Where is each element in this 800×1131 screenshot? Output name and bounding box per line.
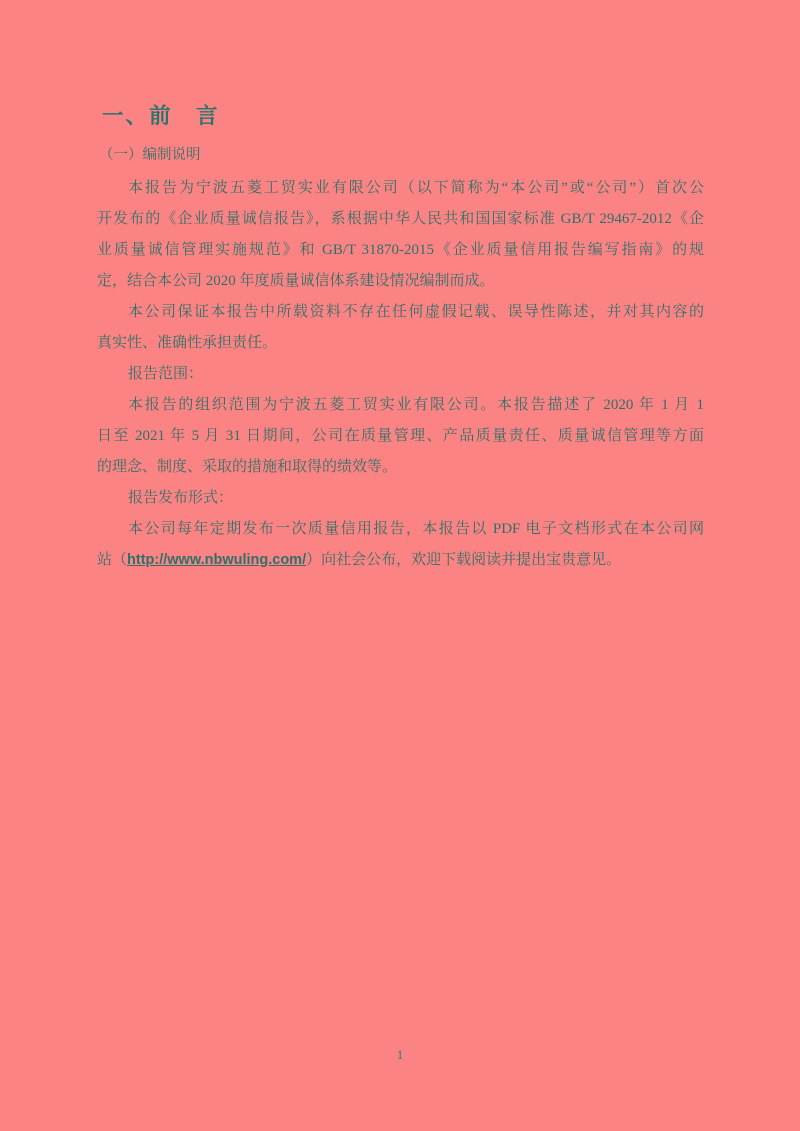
- body-line-text: 站（: [97, 552, 127, 568]
- body-line: 本公司每年定期发布一次质量信用报告，本报告以 PDF 电子文档形式在本公司网: [97, 514, 704, 545]
- body-line: 的理念、制度、采取的措施和取得的绩效等。: [97, 452, 704, 483]
- website-link[interactable]: http://www.nbwuling.com/: [127, 552, 306, 568]
- body-line: 真实性、准确性承担责任。: [97, 328, 704, 359]
- subsection-heading: （一）编制说明: [99, 143, 201, 164]
- body-line: 开发布的《企业质量诚信报告》，系根据中华人民共和国国家标准 GB/T 29467…: [97, 204, 704, 235]
- body-line: 本报告的组织范围为宁波五菱工贸实业有限公司。本报告描述了 2020 年 1 月 …: [97, 390, 704, 421]
- section-heading: 一、前 言: [102, 99, 220, 130]
- body-line: 报告范围：: [97, 359, 704, 390]
- body-line: 本报告为宁波五菱工贸实业有限公司（以下简称为“本公司”或“公司”）首次公: [97, 173, 704, 204]
- body-line: 报告发布形式：: [97, 483, 704, 514]
- body-text-block: 本报告为宁波五菱工贸实业有限公司（以下简称为“本公司”或“公司”）首次公 开发布…: [97, 173, 704, 576]
- page-number: 1: [0, 1048, 800, 1063]
- body-line: 本公司保证本报告中所载资料不存在任何虚假记载、误导性陈述，并对其内容的: [97, 297, 704, 328]
- body-line: 站（http://www.nbwuling.com/）向社会公布，欢迎下载阅读并…: [97, 545, 704, 576]
- document-page: 一、前 言 （一）编制说明 本报告为宁波五菱工贸实业有限公司（以下简称为“本公司…: [0, 0, 800, 1131]
- body-line: 日至 2021 年 5 月 31 日期间，公司在质量管理、产品质量责任、质量诚信…: [97, 421, 704, 452]
- body-line-text: ）向社会公布，欢迎下载阅读并提出宝贵意见。: [306, 552, 621, 568]
- body-line: 业质量诚信管理实施规范》和 GB/T 31870-2015《企业质量信用报告编写…: [97, 235, 704, 266]
- body-line: 定，结合本公司 2020 年度质量诚信体系建设情况编制而成。: [97, 266, 704, 297]
